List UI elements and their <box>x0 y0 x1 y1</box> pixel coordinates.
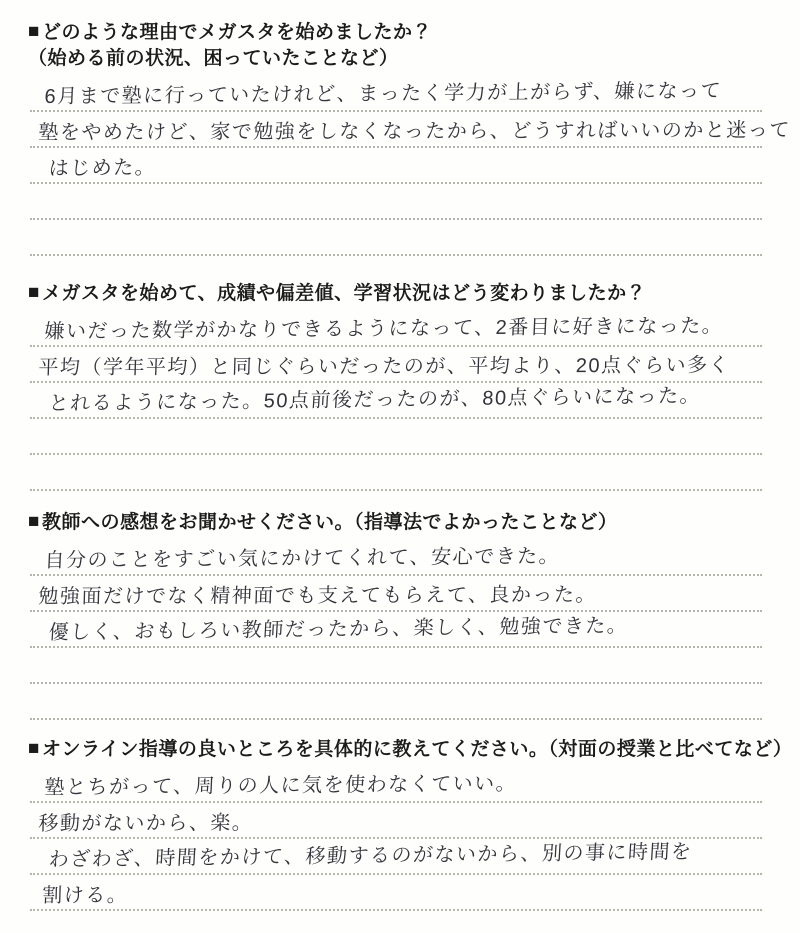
question-heading: ■メガスタを始めて、成績や偏差値、学習状況はどう変わりましたか？ <box>28 281 780 307</box>
handwritten-text: わざわざ、時間をかけて、移動するのがないから、別の事に時間を <box>48 840 693 872</box>
section-results-change: ■メガスタを始めて、成績や偏差値、学習状況はどう変わりましたか？ 嫌いだった数学… <box>0 281 800 491</box>
square-bullet-icon: ■ <box>28 280 40 306</box>
ruled-line: わざわざ、時間をかけて、移動するのがないから、別の事に時間を <box>30 839 762 875</box>
square-bullet-icon: ■ <box>28 509 40 535</box>
ruled-line <box>30 220 762 256</box>
handwritten-text: 移動がないから、楽。 <box>38 811 254 836</box>
handwritten-text: 割ける。 <box>42 884 129 908</box>
question-text: 教師への感想をお聞かせください。（指導法でよかったことなど） <box>42 512 618 533</box>
handwritten-text: 勉強面だけでなく精神面でも支えてもらえて、良かった。 <box>38 583 597 609</box>
ruled-line: 勉強面だけでなく精神面でも支えてもらえて、良かった。 <box>30 576 762 612</box>
handwritten-text: 嫌いだった数学がかなりできるようになって、2番目に好きになった。 <box>44 314 724 344</box>
ruled-line: 塾をやめたけど、家で勉強をしなくなったから、どうすればいいのかと迷って <box>30 112 762 148</box>
ruled-line: 割ける。 <box>30 875 762 911</box>
handwritten-text: 塾とちがって、周りの人に気を使わなくていい。 <box>44 772 518 800</box>
answer-area: 塾とちがって、周りの人に気を使わなくていい。 移動がないから、楽。 わざわざ、時… <box>30 767 762 911</box>
section-teacher-feedback: ■教師への感想をお聞かせください。（指導法でよかったことなど） 自分のことをすご… <box>0 510 800 720</box>
handwritten-text: 優しく、おもしろい教師だったから、楽しく、勉強できた。 <box>48 614 629 645</box>
question-text: メガスタを始めて、成績や偏差値、学習状況はどう変わりましたか？ <box>42 283 646 304</box>
square-bullet-icon: ■ <box>28 736 40 762</box>
handwritten-text: 6月まで塾に行っていたけれど、まったく学力が上がらず、嫌になって <box>44 79 723 109</box>
square-bullet-icon: ■ <box>28 19 40 45</box>
answer-area: 自分のことをすごい気にかけてくれて、安心できた。 勉強面だけでなく精神面でも支え… <box>30 540 762 720</box>
handwritten-text: 平均（学年平均）と同じぐらいだったのが、平均より、20点ぐらい多く <box>38 354 731 380</box>
answer-area: 6月まで塾に行っていたけれど、まったく学力が上がらず、嫌になって 塾をやめたけど… <box>30 76 762 256</box>
handwritten-text: 自分のことをすごい気にかけてくれて、安心できた。 <box>44 544 561 573</box>
question-heading: ■教師への感想をお聞かせください。（指導法でよかったことなど） <box>28 510 780 536</box>
ruled-line: 自分のことをすごい気にかけてくれて、安心できた。 <box>30 540 762 576</box>
ruled-line: 6月まで塾に行っていたけれど、まったく学力が上がらず、嫌になって <box>30 76 762 112</box>
ruled-line: 塾とちがって、周りの人に気を使わなくていい。 <box>30 767 762 803</box>
section-online-merits: ■オンライン指導の良いところを具体的に教えてください。（対面の授業と比べてなど）… <box>0 737 800 911</box>
section-reason-started: ■どのような理由でメガスタを始めましたか？ （始める前の状況、困っていたことなど… <box>0 20 800 256</box>
question-heading: ■オンライン指導の良いところを具体的に教えてください。（対面の授業と比べてなど） <box>28 737 780 763</box>
ruled-line <box>30 684 762 720</box>
handwritten-text: とれるようになった。50点前後だったのが、80点ぐらいになった。 <box>48 384 702 416</box>
ruled-line <box>30 184 762 220</box>
ruled-line: 嫌いだった数学がかなりできるようになって、2番目に好きになった。 <box>30 311 762 347</box>
handwritten-text: 塾をやめたけど、家で勉強をしなくなったから、どうすればいいのかと迷って <box>38 118 791 145</box>
question-heading: ■どのような理由でメガスタを始めましたか？ <box>28 20 780 46</box>
ruled-line <box>30 648 762 684</box>
ruled-line: はじめた。 <box>30 148 762 184</box>
ruled-line: とれるようになった。50点前後だったのが、80点ぐらいになった。 <box>30 383 762 419</box>
ruled-line: 優しく、おもしろい教師だったから、楽しく、勉強できた。 <box>30 612 762 648</box>
ruled-line <box>30 455 762 491</box>
survey-sheet: ■どのような理由でメガスタを始めましたか？ （始める前の状況、困っていたことなど… <box>0 0 800 933</box>
question-text: オンライン指導の良いところを具体的に教えてください。（対面の授業と比べてなど） <box>42 739 792 760</box>
question-note: （始める前の状況、困っていたことなど） <box>28 46 780 72</box>
ruled-line: 移動がないから、楽。 <box>30 803 762 839</box>
answer-area: 嫌いだった数学がかなりできるようになって、2番目に好きになった。 平均（学年平均… <box>30 311 762 491</box>
question-text: どのような理由でメガスタを始めましたか？ <box>42 22 432 43</box>
ruled-line: 平均（学年平均）と同じぐらいだったのが、平均より、20点ぐらい多く <box>30 347 762 383</box>
handwritten-text: はじめた。 <box>48 156 157 181</box>
ruled-line <box>30 419 762 455</box>
